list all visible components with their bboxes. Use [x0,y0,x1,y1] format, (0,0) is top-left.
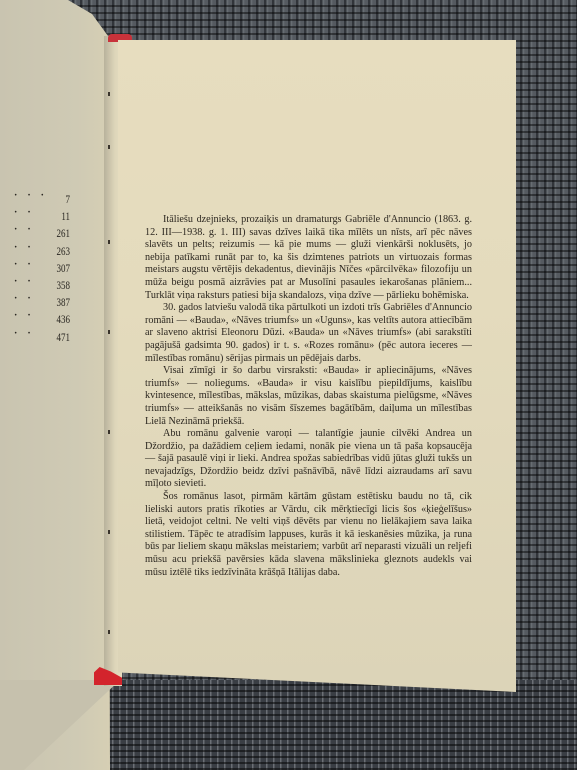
paragraph: 30. gados latviešu valodā tika pārtulkot… [145,302,472,365]
toc-row: ··436 [0,310,70,327]
table-of-contents-fragment: ···7 ··11 ··261 ··263 ··307 ··358 ··387 … [0,190,70,345]
toc-row: ···7 [0,190,70,207]
toc-row: ··471 [0,328,70,345]
binding-stitch [108,145,110,149]
left-page [0,0,110,770]
toc-page-number: 307 [57,261,71,274]
paragraph: Šos romānus lasot, pirmām kārtām gūstam … [145,491,472,579]
toc-row: ··263 [0,242,70,259]
binding-stitch [108,530,110,534]
leader-dots: ·· [14,293,41,304]
toc-page-number: 11 [61,210,70,223]
leader-dots: ·· [14,207,41,218]
binding-stitch [108,630,110,634]
binding-stitch [108,240,110,244]
toc-page-number: 358 [57,278,71,291]
paragraph: Visai zīmīgi ir šo darbu virsraksti: «Ba… [145,365,472,428]
toc-page-number: 387 [57,296,71,309]
binding-stitch [108,330,110,334]
toc-row: ··358 [0,276,70,293]
paragraph: Abu romānu galvenie varoņi — talantīgie … [145,428,472,491]
toc-page-number: 471 [57,330,71,343]
toc-row: ··11 [0,207,70,224]
toc-page-number: 261 [57,227,71,240]
page-body-text: Itāliešu dzejnieks, prozaiķis un dramatu… [145,214,472,579]
toc-row: ··387 [0,293,70,310]
toc-page-number: 7 [66,193,71,206]
leader-dots: ·· [14,328,41,339]
toc-page-number: 263 [57,244,71,257]
leader-dots: ··· [14,190,54,201]
leader-dots: ·· [14,276,41,287]
leader-dots: ·· [14,242,41,253]
toc-row: ··261 [0,224,70,241]
binding-stitch [108,92,110,96]
faint-running-head [190,85,270,87]
leader-dots: ·· [14,310,41,321]
leader-dots: ·· [14,224,41,235]
toc-page-number: 436 [57,313,71,326]
leader-dots: ·· [14,259,41,270]
toc-row: ··307 [0,259,70,276]
paragraph: Itāliešu dzejnieks, prozaiķis un dramatu… [145,214,472,302]
binding-stitch [108,430,110,434]
